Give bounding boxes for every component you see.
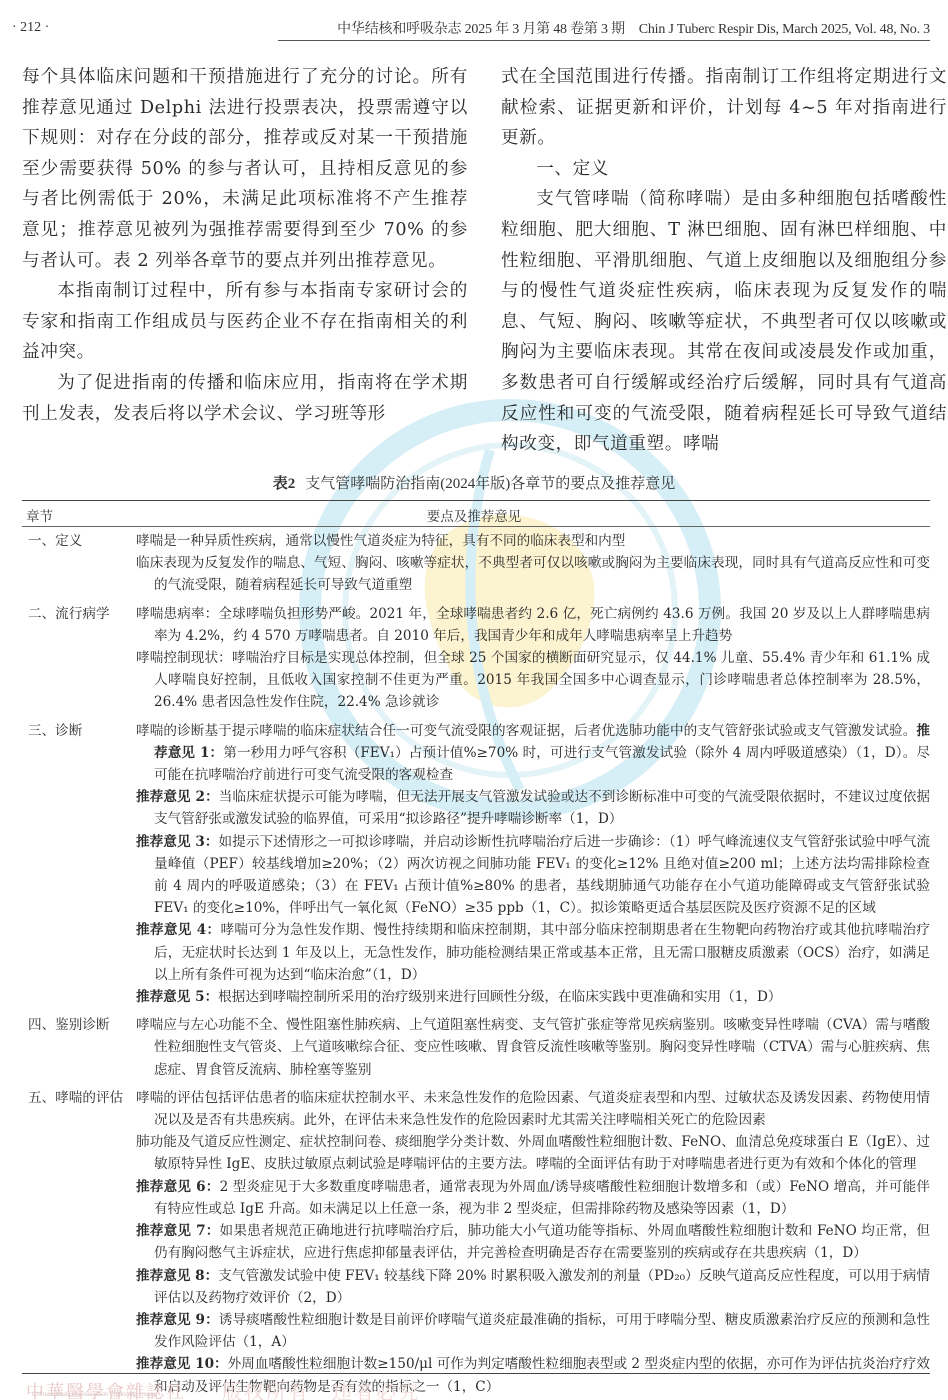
running-head: 中华结核和呼吸杂志 2025 年 3 月第 48 卷第 3 期 Chin J T… <box>278 18 930 38</box>
left-column: 每个具体临床问题和干预措施进行了充分的讨论。所有推荐意见通过 Delphi 法进… <box>22 62 468 429</box>
table-row: 二、流行病学 哮喘患病率：全球哮喘负担形势严峻。2021 年，全球哮喘患者约 2… <box>22 603 930 714</box>
table-row: 一、定义 哮喘是一种异质性疾病，通常以慢性气道炎症为特征，具有不同的临床表型和内… <box>22 530 930 597</box>
table-top-rule <box>22 500 930 501</box>
table-item: 肺功能及气道反应性测定、症状控制问卷、痰细胞学分类计数、外周血嗜酸性粒细胞计数、… <box>136 1131 930 1175</box>
publisher-english-name: Chinese Medical Association Publishing H… <box>32 1392 157 1398</box>
table-item: 哮喘应与左心功能不全、慢性阻塞性肺疾病、上气道阻塞性病变、支气管扩张症等常见疾病… <box>136 1014 930 1081</box>
table-item: 临床表现为反复发作的喘息、气短、胸闷、咳嗽等症状，不典型者可仅以咳嗽或胸闷为主要… <box>136 552 930 596</box>
item-text: 根据达到哮喘控制所采用的治疗级别来进行回顾性分级，在临床实践中更准确和实用（1，… <box>218 989 781 1005</box>
recommendation-label: 推荐意见 4： <box>136 922 220 938</box>
paragraph: 本指南制订过程中，所有参与本指南专家研讨会的专家和指南工作组成员与医药企业不存在… <box>22 276 468 368</box>
chapter-cell: 五、哮喘的评估 <box>22 1087 136 1398</box>
content-cell: 哮喘是一种异质性疾病，通常以慢性气道炎症为特征，具有不同的临床表型和内型 临床表… <box>136 530 930 597</box>
page-header: · 212 · 中华结核和呼吸杂志 2025 年 3 月第 48 卷第 3 期 … <box>0 0 948 50</box>
item-text: 当临床症状提示可能为哮喘，但无法开展支气管激发试验或达不到诊断标准中可变的气流受… <box>154 789 930 827</box>
table-body: 一、定义 哮喘是一种异质性疾病，通常以慢性气道炎症为特征，具有不同的临床表型和内… <box>22 530 930 1400</box>
chapter-cell: 一、定义 <box>22 530 136 597</box>
section-heading: 一、定义 <box>501 154 947 185</box>
table-caption-label: 表2 <box>273 476 296 492</box>
chapter-cell: 四、鉴别诊断 <box>22 1014 136 1081</box>
table-item: 推荐意见 9：诱导痰嗜酸性粒细胞计数是目前评价哮喘气道炎症最准确的指标，可用于哮… <box>136 1309 930 1353</box>
table-item: 推荐意见 3：如提示下述情形之一可拟诊哮喘，并启动诊断性抗哮喘治疗后进一步确诊：… <box>136 831 930 920</box>
item-text: 哮喘可分为急性发作期、慢性持续期和临床控制期，其中部分临床控制期患者在生物靶向药… <box>154 922 930 982</box>
table-item: 推荐意见 5：根据达到哮喘控制所采用的治疗级别来进行回顾性分级，在临床实践中更准… <box>136 986 930 1008</box>
recommendation-label: 推荐意见 8： <box>136 1268 218 1284</box>
table-caption-title: 支气管哮喘防治指南(2024年版)各章节的要点及推荐意见 <box>305 476 675 492</box>
paragraph: 每个具体临床问题和干预措施进行了充分的讨论。所有推荐意见通过 Delphi 法进… <box>22 62 468 276</box>
chapter-cell: 二、流行病学 <box>22 603 136 714</box>
content-cell: 哮喘患病率：全球哮喘负担形势严峻。2021 年，全球哮喘患者约 2.6 亿，死亡… <box>136 603 930 714</box>
table-item: 哮喘控制现状：哮喘治疗目标是实现总体控制，但全球 25 个国家的横断面研究显示，… <box>136 647 930 714</box>
table-item: 推荐意见 4：哮喘可分为急性发作期、慢性持续期和临床控制期，其中部分临床控制期患… <box>136 919 930 986</box>
table-caption: 表2支气管哮喘防治指南(2024年版)各章节的要点及推荐意见 <box>0 472 948 493</box>
table-bottom-rule <box>22 1373 930 1374</box>
table-item: 推荐意见 7：如果患者规范正确地进行抗哮喘治疗后，肺功能大小气道功能等指标、外周… <box>136 1220 930 1264</box>
copyright-notice: 版权所有 违者必究 <box>222 1376 420 1400</box>
item-text: 诱导痰嗜酸性粒细胞计数是目前评价哮喘气道炎症最准确的指标，可用于哮喘分型、糖皮质… <box>154 1312 930 1350</box>
content-cell: 哮喘的评估包括评估患者的临床症状控制水平、未来急性发作的危险因素、气道炎症表型和… <box>136 1087 930 1398</box>
paragraph: 支气管哮喘（简称哮喘）是由多种细胞包括嗜酸性粒细胞、肥大细胞、T 淋巴细胞、固有… <box>501 184 947 459</box>
table-item: 推荐意见 8：支气管激发试验中使 FEV₁ 较基线下降 20% 时累积吸入激发剂… <box>136 1265 930 1309</box>
table-head-rule <box>22 526 930 527</box>
table-row: 四、鉴别诊断 哮喘应与左心功能不全、慢性阻塞性肺疾病、上气道阻塞性病变、支气管扩… <box>22 1014 930 1081</box>
recommendation-label: 推荐意见 3： <box>136 834 219 850</box>
item-text: 支气管激发试验中使 FEV₁ 较基线下降 20% 时累积吸入激发剂的剂量（PD₂… <box>154 1268 930 1306</box>
paragraph: 式在全国范围进行传播。指南制订工作组将定期进行文献检索、证据更新和评价，计划每 … <box>501 62 947 154</box>
table-item: 哮喘的诊断基于提示哮喘的临床症状结合任一可变气流受限的客观证据，后者优选肺功能中… <box>136 720 930 787</box>
table-item: 推荐意见 6：2 型炎症见于大多数重度哮喘患者，通常表现为外周血/诱导痰嗜酸性粒… <box>136 1176 930 1220</box>
header-rule <box>278 40 930 41</box>
recommendation-label: 推荐意见 6： <box>136 1179 220 1195</box>
recommendation-label: 推荐意见 5： <box>136 989 218 1005</box>
table-item: 推荐意见 2：当临床症状提示可能为哮喘，但无法开展支气管激发试验或达不到诊断标准… <box>136 786 930 830</box>
content-cell: 哮喘的诊断基于提示哮喘的临床症状结合任一可变气流受限的客观证据，后者优选肺功能中… <box>136 720 930 1009</box>
table-row: 三、诊断 哮喘的诊断基于提示哮喘的临床症状结合任一可变气流受限的客观证据，后者优… <box>22 720 930 1009</box>
chapter-cell: 三、诊断 <box>22 720 136 1009</box>
content-cell: 哮喘应与左心功能不全、慢性阻塞性肺疾病、上气道阻塞性病变、支气管扩张症等常见疾病… <box>136 1014 930 1081</box>
table-item: 哮喘患病率：全球哮喘负担形势严峻。2021 年，全球哮喘患者约 2.6 亿，死亡… <box>136 603 930 647</box>
item-text: 哮喘的诊断基于提示哮喘的临床症状结合任一可变气流受限的客观证据，后者优选肺功能中… <box>136 723 916 739</box>
table-item: 哮喘的评估包括评估患者的临床症状控制水平、未来急性发作的危险因素、气道炎症表型和… <box>136 1087 930 1131</box>
page-number: · 212 · <box>12 20 49 36</box>
paragraph: 为了促进指南的传播和临床应用，指南将在学术期刊上发表，发表后将以学术会议、学习班… <box>22 368 468 429</box>
column-header-points: 要点及推荐意见 <box>0 505 948 525</box>
table-item: 哮喘是一种异质性疾病，通常以慢性气道炎症为特征，具有不同的临床表型和内型 <box>136 530 930 552</box>
item-text: 如果患者规范正确地进行抗哮喘治疗后，肺功能大小气道功能等指标、外周血嗜酸性粒细胞… <box>154 1223 930 1261</box>
item-text: 如提示下述情形之一可拟诊哮喘，并启动诊断性抗哮喘治疗后进一步确诊：（1）呼气峰流… <box>154 834 930 917</box>
recommendation-label: 推荐意见 7： <box>136 1223 220 1239</box>
recommendation-label: 推荐意见 9： <box>136 1312 219 1328</box>
item-text: 2 型炎症见于大多数重度哮喘患者，通常表现为外周血/诱导痰嗜酸性粒细胞计数增多和… <box>154 1179 930 1217</box>
right-column: 式在全国范围进行传播。指南制订工作组将定期进行文献检索、证据更新和评价，计划每 … <box>501 62 947 460</box>
item-text: 第一秒用力呼气容积（FEV₁）占预计值%≥70% 时，可进行支气管激发试验（除外… <box>154 745 930 783</box>
recommendation-label: 推荐意见 10： <box>136 1356 228 1372</box>
recommendation-label: 推荐意见 2： <box>136 789 219 805</box>
table-row: 五、哮喘的评估 哮喘的评估包括评估患者的临床症状控制水平、未来急性发作的危险因素… <box>22 1087 930 1398</box>
